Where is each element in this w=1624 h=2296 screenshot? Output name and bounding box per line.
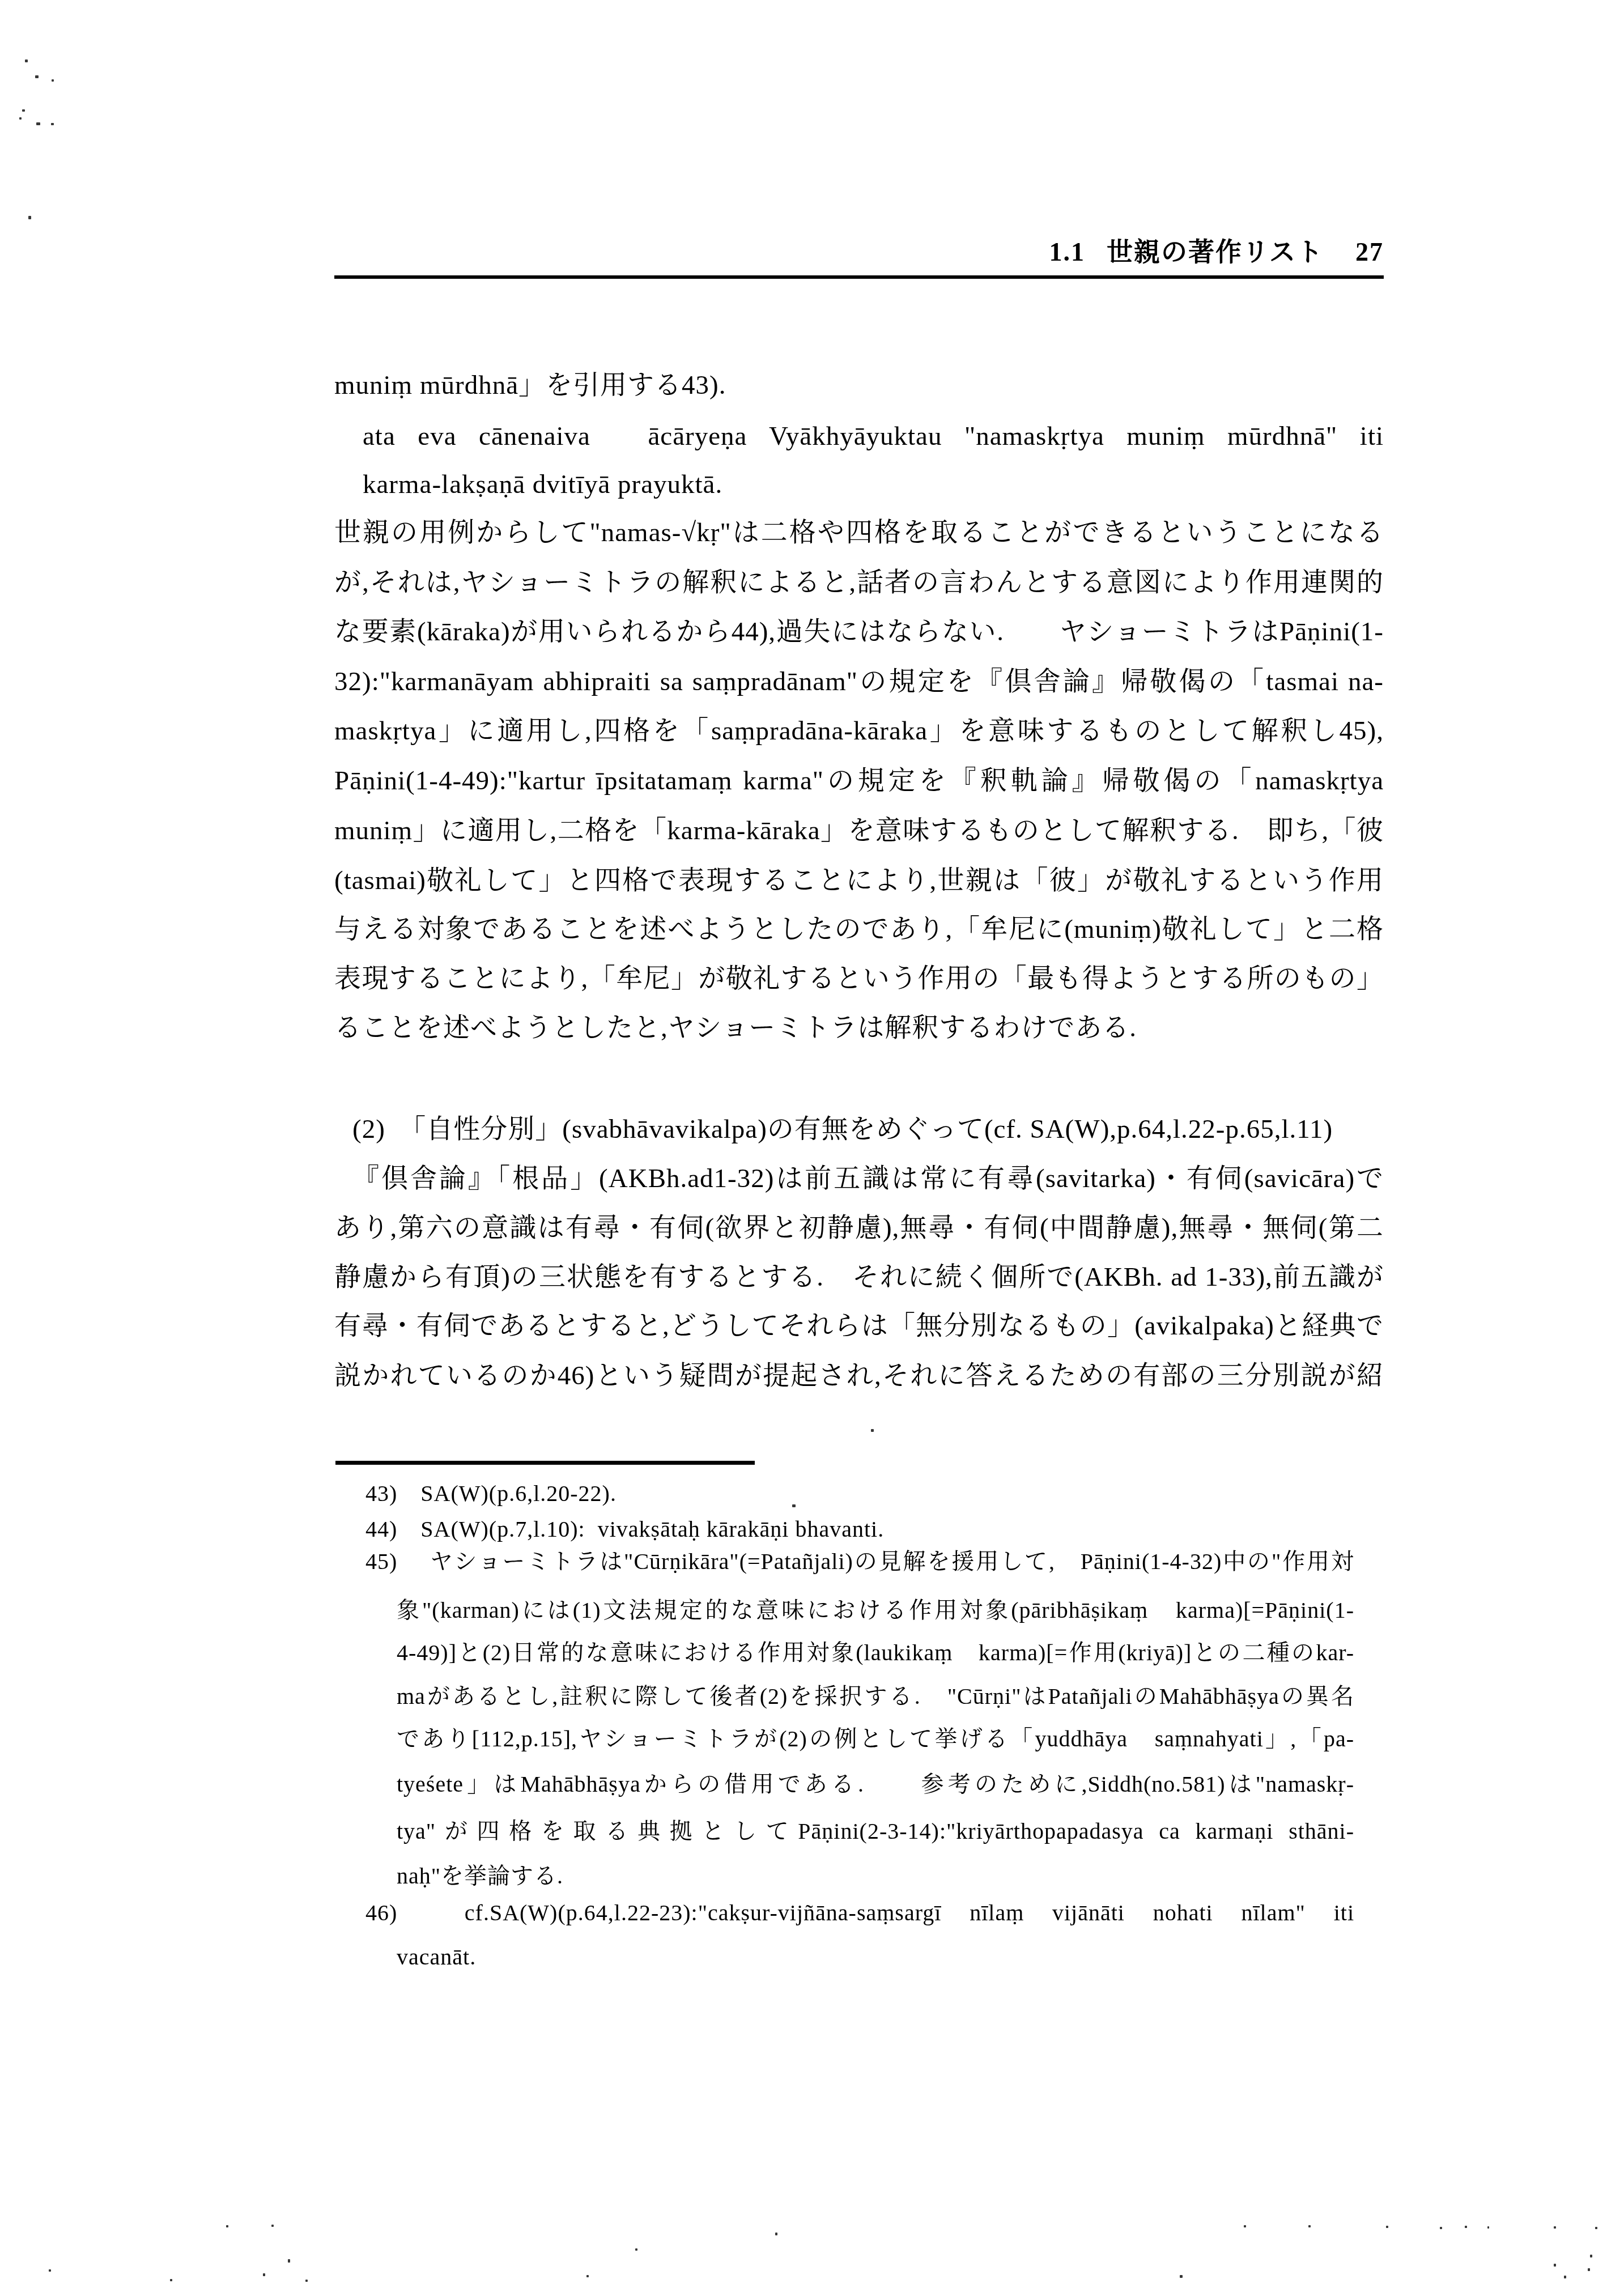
scan-speck: [871, 1429, 874, 1432]
scan-speck: [635, 2248, 637, 2251]
header-page-number: 27: [1355, 237, 1384, 267]
text-line: (2) 「自性分別」(svabhāvavikalpa)の有無をめぐって(cf. …: [352, 1104, 1333, 1154]
text-line: 32):"karmanāyam abhipraiti sa saṃpradāna…: [334, 657, 1384, 707]
footnote-line: vacanāt.: [397, 1935, 476, 1979]
text-line: muniṃ」に適用し,二格を「karma-kāraka」を意味するものとして解釈…: [334, 806, 1384, 856]
text-line: 与える対象であることを述べようとしたのであり,「牟尼に(muniṃ)敬礼して」と…: [334, 904, 1384, 954]
scan-speck: [1386, 2226, 1388, 2228]
text-line: ata eva cānenaiva ācāryeṇa Vyākhyāyuktau…: [363, 411, 1384, 461]
scan-speck: [170, 2279, 172, 2281]
footnote-line: tya"が四格を取る典拠としてPāṇini(2-3-14):"kriyārtho…: [397, 1809, 1354, 1853]
footnote-line: であり[112,p.15],ヤショーミトラが(2)の例として挙げる「yuddhā…: [397, 1717, 1354, 1761]
text-line: 有尋・有伺であるとすると,どうしてそれらは「無分別なるもの」(avikalpak…: [334, 1301, 1384, 1351]
scan-speck: [1564, 2276, 1566, 2278]
text-line: 説かれているのか46)という疑問が提起され,それに答えるための有部の三分別説が紹…: [334, 1351, 1384, 1401]
text-line: 『倶舎論』「根品」(AKBh.ad1-32)は前五識は常に有尋(savitark…: [352, 1154, 1384, 1204]
scan-speck: [305, 2280, 308, 2282]
scan-speck: [35, 75, 39, 78]
scan-speck: [28, 216, 31, 219]
footnote-line: maがあるとし,註釈に際して後者(2)を採択する. "Cūrṇi"はPatañj…: [397, 1674, 1354, 1719]
scan-speck: [792, 1504, 796, 1507]
header-rule: [334, 275, 1384, 279]
text-line: muniṃ mūrdhnā」を引用する43).: [334, 360, 726, 410]
header-section-title: 世親の著作リスト: [1107, 231, 1324, 269]
running-header: 1.1 世親の著作リスト 27: [1049, 231, 1384, 269]
scan-speck: [49, 2269, 51, 2272]
text-line: maskṛtya」に適用し,四格を「saṃpradāna-kāraka」を意味す…: [334, 706, 1384, 756]
text-line: 表現することにより,「牟尼」が敬礼するという作用の「最も得ようとする所のもの」で…: [334, 954, 1384, 1004]
scan-speck: [1244, 2225, 1246, 2227]
scan-speck: [1588, 2268, 1590, 2271]
scan-speck: [1590, 2255, 1592, 2257]
text-line: が,それは,ヤショーミトラの解釈によると,話者の言わんとする意図により作用連関的: [334, 558, 1384, 607]
text-line: ることを述べようとしたと,ヤショーミトラは解釈するわけである.: [334, 1003, 1137, 1053]
scan-speck: [775, 2233, 777, 2235]
scan-speck: [1595, 2227, 1597, 2229]
scan-speck: [1554, 2264, 1556, 2267]
text-line: karma-lakṣaṇā dvitīyā prayuktā.: [363, 460, 722, 509]
text-line: 静慮から有頂)の三状態を有するとする. それに続く個所で(AKBh. ad 1-…: [334, 1252, 1384, 1302]
scan-speck: [51, 123, 54, 125]
scan-speck: [19, 117, 22, 120]
scan-speck: [1465, 2226, 1467, 2228]
scan-speck: [271, 2225, 274, 2227]
scan-speck: [1440, 2227, 1442, 2229]
footnote-line: 4-49)]と(2)日常的な意味における作用対象(laukikaṃ karma)…: [397, 1631, 1354, 1675]
scan-speck: [22, 109, 25, 112]
text-line: あり,第六の意識は有尋・有伺(欲界と初静慮),無尋・有伺(中間静慮),無尋・無伺…: [334, 1203, 1384, 1253]
footnote-line: 象"(karman)には(1)文法規定的な意味における作用対象(pāribhāṣ…: [397, 1588, 1354, 1632]
scan-speck: [52, 79, 54, 82]
text-line: 世親の用例からして"namas-√kṛ"は二格や四格を取ることができるということ…: [334, 508, 1384, 558]
footnote-line: 45) ヤショーミトラは"Cūrṇikāra"(=Patañjali)の見解を援…: [365, 1540, 1354, 1584]
scan-speck: [263, 2273, 265, 2276]
scan-speck: [25, 59, 28, 62]
text-line: な要素(kāraka)が用いられるから44),過失にはならない. ヤショーミトラ…: [334, 607, 1384, 657]
scanned-page: 1.1 世親の著作リスト 27 muniṃ mūrdhnā」を引用する43).a…: [0, 0, 1624, 2296]
scan-speck: [1554, 2226, 1556, 2229]
footnote-line: tyeśete」はMahābhāṣyaからの借用である. 参考のために,Sidd…: [397, 1762, 1354, 1806]
text-line: Pāṇini(1-4-49):"kartur īpsitatamaṃ karma…: [334, 756, 1384, 806]
footnote-line: 46) cf.SA(W)(p.64,l.22-23):"cakṣur-vijñā…: [365, 1891, 1354, 1935]
scan-speck: [226, 2225, 228, 2227]
scan-speck: [36, 122, 40, 125]
scan-speck: [1180, 2275, 1183, 2278]
text-line: (tasmai)敬礼して」と四格で表現することにより,世親は「彼」が敬礼するとい…: [334, 856, 1384, 905]
scan-speck: [1308, 2225, 1311, 2227]
scan-speck: [1487, 2226, 1489, 2229]
scan-speck: [288, 2259, 290, 2263]
footnote-separator-rule: [335, 1461, 755, 1465]
header-section-number: 1.1: [1049, 237, 1085, 267]
scan-speck: [586, 2275, 589, 2277]
